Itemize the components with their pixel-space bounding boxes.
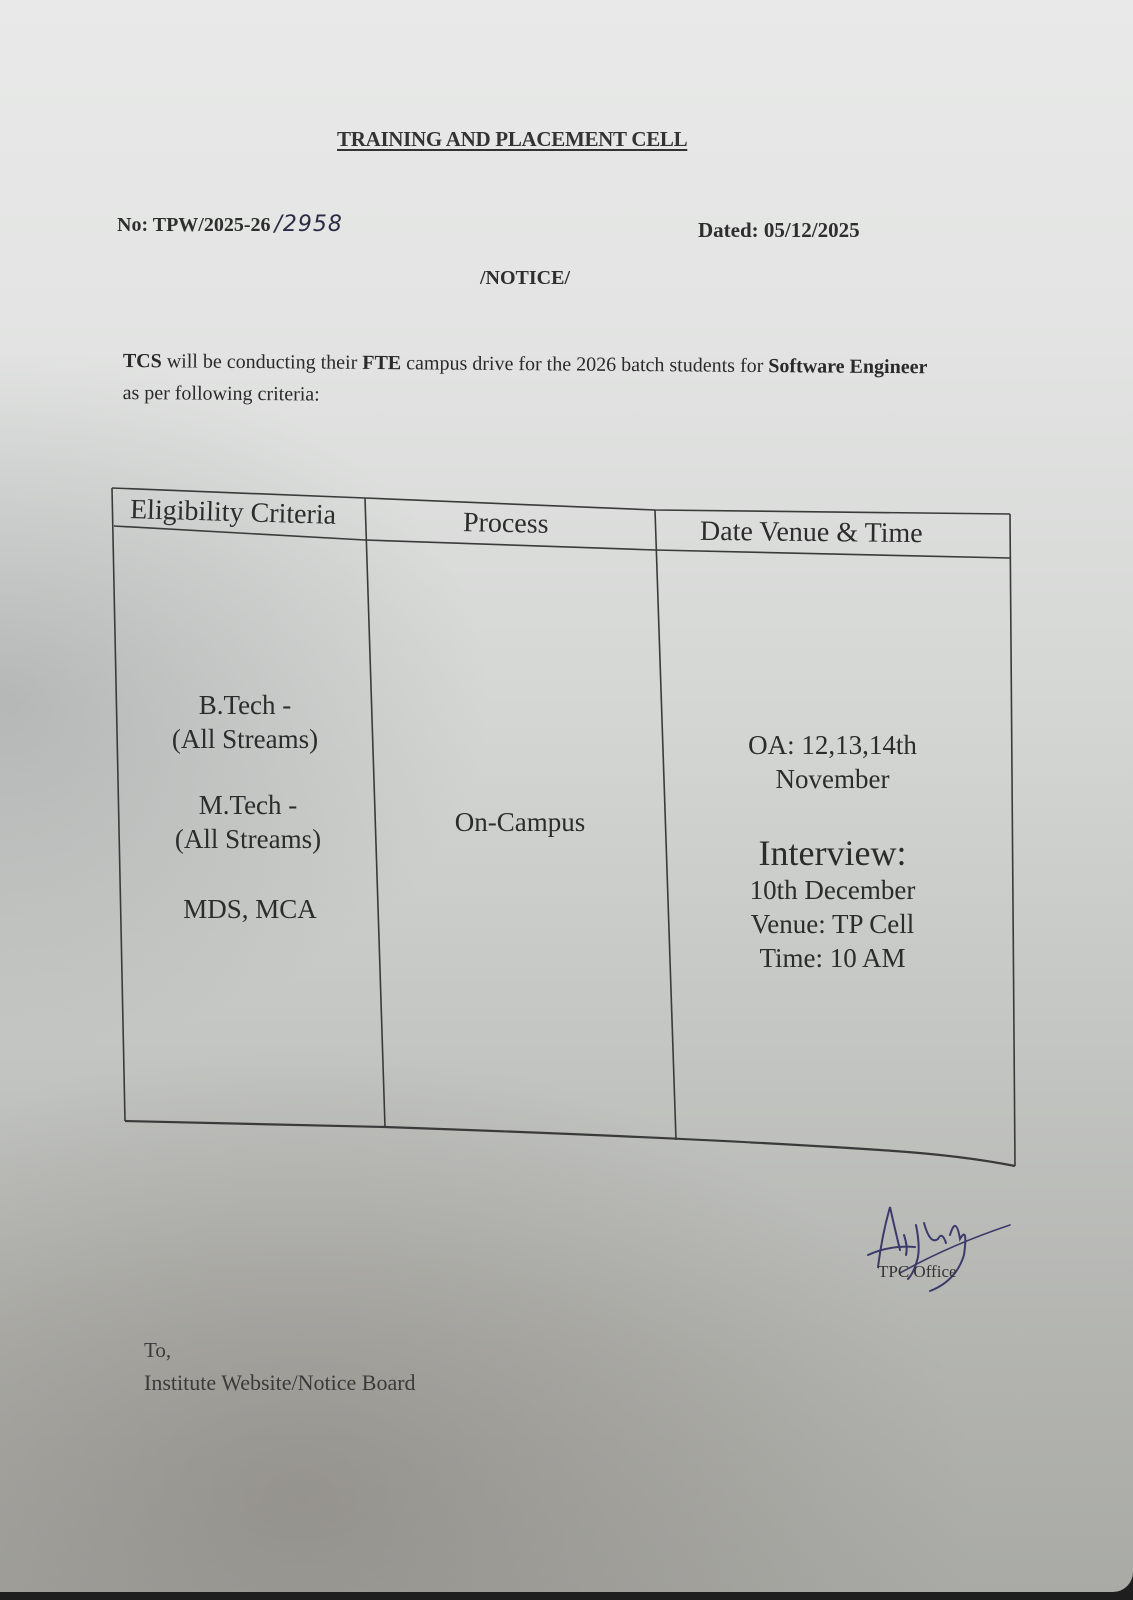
schedule-interview: Interview: 10th December Venue: TP Cell … — [715, 833, 950, 975]
signature-office-label: TPC Office — [878, 1262, 957, 1282]
oa-month: November — [715, 762, 950, 796]
reference-number: No: TPW/2025-26/2958 — [117, 212, 343, 237]
eligibility-degree: MDS, MCA — [160, 892, 340, 926]
interview-venue: Venue: TP Cell — [715, 907, 950, 941]
notice-paper: TRAINING AND PLACEMENT CELL No: TPW/2025… — [0, 0, 1133, 1592]
notice-label: /NOTICE/ — [480, 267, 570, 290]
intro-text: campus drive for the 2026 batch students… — [401, 352, 768, 377]
eligibility-degree: B.Tech - — [155, 688, 335, 722]
reference-prefix: No: TPW/2025-26 — [117, 214, 271, 236]
interview-date: 10th December — [715, 873, 950, 907]
intro-paragraph: TCS will be conducting their FTE campus … — [122, 345, 942, 415]
role-name: Software Engineer — [768, 355, 927, 378]
interview-time: Time: 10 AM — [715, 941, 950, 975]
intro-text: will be conducting their — [162, 350, 363, 374]
company-name: TCS — [123, 350, 162, 372]
drive-type: FTE — [362, 352, 401, 374]
table-header-date-venue-time: Date Venue & Time — [700, 515, 923, 551]
eligibility-mtech: M.Tech - (All Streams) — [158, 788, 338, 856]
table-header-process: Process — [463, 506, 549, 542]
notice-date: Dated: 05/12/2025 — [698, 218, 860, 243]
schedule-oa: OA: 12,13,14th November — [715, 728, 950, 796]
table-header-eligibility: Eligibility Criteria — [130, 493, 337, 533]
intro-text: as per following criteria: — [123, 382, 320, 406]
process-value: On-Campus — [430, 805, 610, 839]
recipient-label: To, — [144, 1338, 171, 1363]
eligibility-mds-mca: MDS, MCA — [160, 892, 340, 926]
eligibility-streams: (All Streams) — [155, 722, 335, 756]
reference-handwritten-number: /2958 — [275, 212, 343, 237]
recipient-value: Institute Website/Notice Board — [144, 1370, 416, 1396]
interview-label: Interview: — [715, 833, 950, 873]
eligibility-streams: (All Streams) — [158, 822, 338, 856]
oa-dates: OA: 12,13,14th — [715, 728, 950, 762]
organization-heading: TRAINING AND PLACEMENT CELL — [337, 127, 687, 152]
eligibility-btech: B.Tech - (All Streams) — [155, 688, 335, 756]
eligibility-degree: M.Tech - — [158, 788, 338, 822]
